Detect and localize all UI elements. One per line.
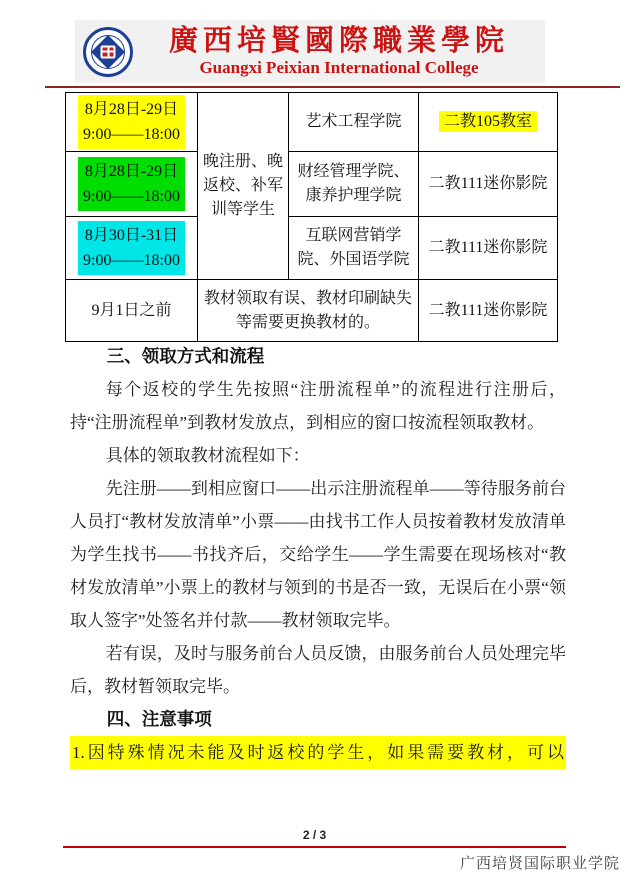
date-highlight: 8月28日-29日 9:00——18:00 [78, 157, 185, 211]
footer-divider-line [63, 846, 566, 848]
college-logo [83, 27, 133, 77]
footer-college-label: 广西培贤国际职业学院 [460, 852, 620, 873]
document-body: 三、领取方式和流程 每个返校的学生先按照“注册流程单”的流程进行注册后，持“注册… [70, 340, 566, 769]
paragraph: 先注册——到相应窗口——出示注册流程单——等待服务前台人员打“教材发放清单”小票… [70, 472, 566, 637]
time-text: 9:00——18:00 [83, 126, 180, 143]
college-cell: 互联网营销学院、外国语学院 [289, 217, 419, 280]
table-row: 8月30日-31日 9:00——18:00 互联网营销学院、外国语学院 二教11… [66, 217, 558, 280]
date-highlight: 8月28日-29日 9:00——18:00 [78, 95, 185, 149]
date-cell: 8月30日-31日 9:00——18:00 [66, 217, 198, 280]
college-cell: 财经管理学院、康养护理学院 [289, 152, 419, 217]
location-cell: 二教111迷你影院 [419, 217, 558, 280]
page-indicator: 2 / 3 [0, 828, 629, 842]
document-header: 廣西培賢國際職業學院 Guangxi Peixian International… [75, 20, 545, 83]
date-cell: 9月1日之前 [66, 280, 198, 342]
date-text: 8月30日-31日 [85, 227, 178, 244]
location-highlight: 二教105教室 [439, 111, 537, 132]
paragraph: 具体的领取教材流程如下： [70, 439, 566, 472]
table-row: 8月28日-29日 9:00——18:00 晚注册、晚返校、补军训等学生 艺术工… [66, 93, 558, 152]
time-text: 9:00——18:00 [83, 252, 180, 269]
date-cell: 8月28日-29日 9:00——18:00 [66, 93, 198, 152]
location-cell: 二教105教室 [419, 93, 558, 152]
college-name-chinese: 廣西培賢國際職業學院 [133, 25, 545, 57]
date-cell: 8月28日-29日 9:00——18:00 [66, 152, 198, 217]
table-row: 9月1日之前 教材领取有误、教材印刷缺失等需要更换教材的。 二教111迷你影院 [66, 280, 558, 342]
schedule-table: 8月28日-29日 9:00——18:00 晚注册、晚返校、补军训等学生 艺术工… [65, 92, 558, 342]
date-text: 8月28日-29日 [85, 163, 178, 180]
table-row: 8月28日-29日 9:00——18:00 财经管理学院、康养护理学院 二教11… [66, 152, 558, 217]
date-text: 8月28日-29日 [85, 101, 178, 118]
college-cell: 艺术工程学院 [289, 93, 419, 152]
section-heading-3: 三、领取方式和流程 [70, 340, 566, 373]
section-heading-4: 四、注意事项 [70, 703, 566, 736]
highlighted-paragraph: 1.因特殊情况未能及时返校的学生，如果需要教材，可以 [70, 736, 566, 769]
date-highlight: 8月30日-31日 9:00——18:00 [78, 221, 185, 275]
location-cell: 二教111迷你影院 [419, 152, 558, 217]
time-text: 9:00——18:00 [83, 188, 180, 205]
open-book-icon [101, 45, 116, 58]
location-cell: 二教111迷你影院 [419, 280, 558, 342]
paragraph: 每个返校的学生先按照“注册流程单”的流程进行注册后，持“注册流程单”到教材发放点… [70, 373, 566, 439]
college-name-english: Guangxi Peixian International College [133, 59, 545, 78]
note-cell: 教材领取有误、教材印刷缺失等需要更换教材的。 [198, 280, 419, 342]
student-group-cell: 晚注册、晚返校、补军训等学生 [198, 93, 289, 280]
paragraph: 若有误，及时与服务前台人员反馈，由服务前台人员处理完毕后，教材暂领取完毕。 [70, 637, 566, 703]
college-titles: 廣西培賢國際職業學院 Guangxi Peixian International… [133, 25, 545, 78]
header-divider-line [45, 86, 620, 88]
